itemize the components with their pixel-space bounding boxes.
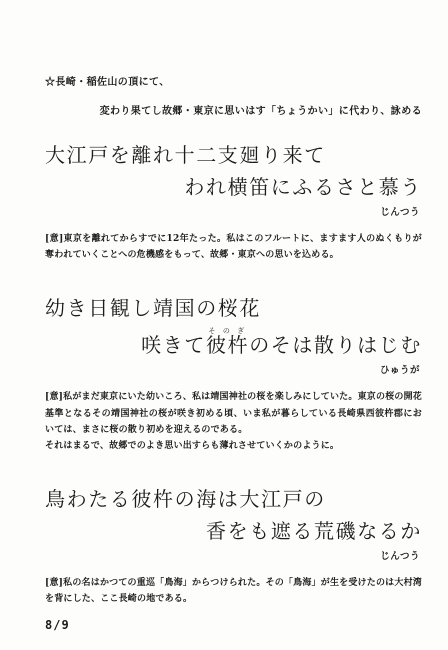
poem-3: 鳥わたる彼杵の海は大江戸の 香をも遮る荒磯なるか じんつう [意]私の名はかつて… [45,486,422,607]
poem-3-reading-name: じんつう [45,548,420,562]
poem-1: 大江戸を離れ十二支廻り来て われ横笛にふるさと慕う じんつう [意]東京を離れて… [45,142,422,263]
poem-2: 幼き日観し靖国の桜花 咲きて彼杵そのぎのそは散りはじむ ひゅうが [意]私がまだ… [45,295,422,454]
poem-1-commentary: [意]東京を離れてからすでに12年たった。私はこのフルートに、ますます人のぬくも… [45,231,422,263]
poem-1-commentary-text: [意]東京を離れてからすでに12年たった。私はこのフルートに、ますます人のぬくも… [45,231,422,263]
poem-3-line-2: 香をも遮る荒磯なるか [45,518,422,545]
poem-3-line-1: 鳥わたる彼杵の海は大江戸の [45,486,422,513]
document-page: ☆長崎・稲佐山の頂にて、 変わり果てし故郷・東京に思いはす「ちょうかい」に代わり… [0,0,448,650]
poem-2-line-2-prefix: 咲きて [141,333,206,357]
poem-1-line-2: われ横笛にふるさと慕う [45,174,422,201]
poem-1-reading-name: じんつう [45,204,420,218]
poem-2-line-2-suffix: のそは散りはじむ [249,333,422,357]
poem-2-ruby-base: 彼杵 [206,333,249,357]
poem-2-commentary-paragraph-1: [意]私がまだ東京にいた幼いころ、私は靖国神社の桜を楽しみにしていた。東京の桜の… [45,389,422,438]
poem-3-commentary-text: [意]私の名はかつての重巡「鳥海」からつけられた。その「鳥海」が生を受けたのは大… [45,575,422,607]
dedication-note: 変わり果てし故郷・東京に思いはす「ちょうかい」に代わり、詠める [45,105,422,118]
poem-3-commentary: [意]私の名はかつての重巡「鳥海」からつけられた。その「鳥海」が生を受けたのは大… [45,575,422,607]
poem-2-reading-name: ひゅうが [45,362,420,376]
poem-2-commentary: [意]私がまだ東京にいた幼いころ、私は靖国神社の桜を楽しみにしていた。東京の桜の… [45,389,422,454]
poem-1-line-1: 大江戸を離れ十二支廻り来て [45,142,422,169]
poem-2-line-2: 咲きて彼杵そのぎのそは散りはじむ [45,327,422,359]
poem-2-line-1: 幼き日観し靖国の桜花 [45,295,422,322]
poem-2-commentary-paragraph-2: それはまるで、故郷でのよき思い出すらも薄れさせていくかのように。 [45,438,422,454]
poem-2-ruby: 彼杵そのぎ [206,333,249,357]
page-number: 8/9 [45,618,422,632]
location-note: ☆長崎・稲佐山の頂にて、 [45,76,422,89]
poem-2-furigana: そのぎ [206,327,249,335]
